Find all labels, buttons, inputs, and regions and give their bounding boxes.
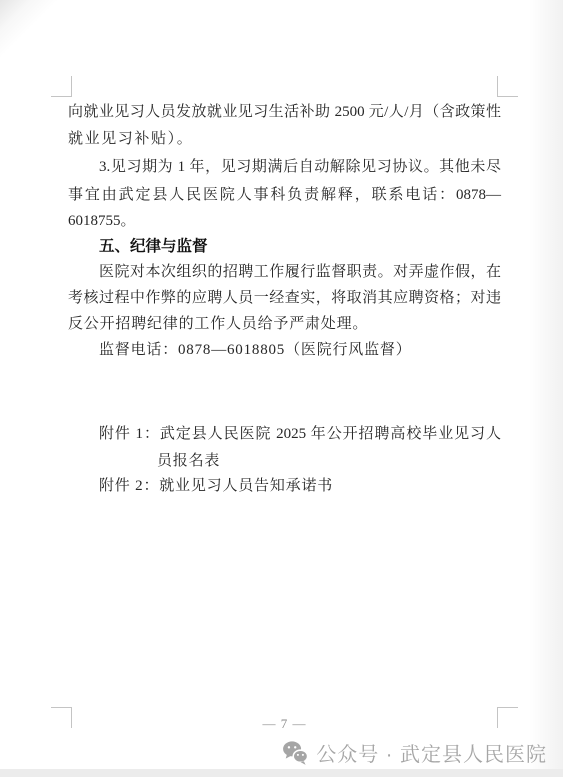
crop-mark-top-right bbox=[497, 76, 518, 97]
body-text-line: 3.见习期为 1 年，见习期满后自动解除见习协议。其他未尽 bbox=[68, 157, 501, 177]
body-text-line: 考核过程中作弊的应聘人员一经查实，将取消其应聘资格；对违 bbox=[68, 288, 501, 308]
attachment-line-wrap: 员报名表 bbox=[68, 451, 501, 471]
body-text-line: 向就业见习人员发放就业见习生活补助 2500 元/人/月（含政策性 bbox=[68, 102, 501, 122]
body-text-line: 事宜由武定县人民医院人事科负责解释，联系电话：0878— bbox=[68, 185, 501, 205]
attachment-line: 附件 1：武定县人民医院 2025 年公开招聘高校毕业见习人 bbox=[68, 424, 501, 444]
wechat-icon bbox=[282, 740, 308, 766]
section-heading: 五、纪律与监督 bbox=[68, 237, 501, 257]
body-text-line: 医院对本次组织的招聘工作履行监督职责。对弄虚作假，在 bbox=[68, 262, 501, 282]
wechat-watermark: 公众号 · 武定县人民医院 bbox=[282, 739, 547, 766]
supervision-phone-line: 监督电话：0878—6018805（医院行风监督） bbox=[68, 340, 501, 360]
page-number: — 7 — bbox=[68, 716, 501, 732]
body-text-line: 就业见习补贴）。 bbox=[68, 129, 501, 149]
body-text-line: 反公开招聘纪律的工作人员给予严肃处理。 bbox=[68, 314, 501, 334]
attachment-line: 附件 2：就业见习人员告知承诺书 bbox=[68, 476, 501, 496]
scan-edge-top-left bbox=[0, 0, 70, 70]
body-text-line: 6018755。 bbox=[68, 211, 501, 231]
watermark-label: 公众号 · 武定县人民医院 bbox=[316, 738, 547, 767]
scan-edge-right bbox=[529, 0, 563, 777]
crop-mark-top-left bbox=[51, 76, 72, 97]
document-page: 向就业见习人员发放就业见习生活补助 2500 元/人/月（含政策性 就业见习补贴… bbox=[0, 0, 563, 777]
scan-edge-bottom bbox=[0, 769, 563, 777]
